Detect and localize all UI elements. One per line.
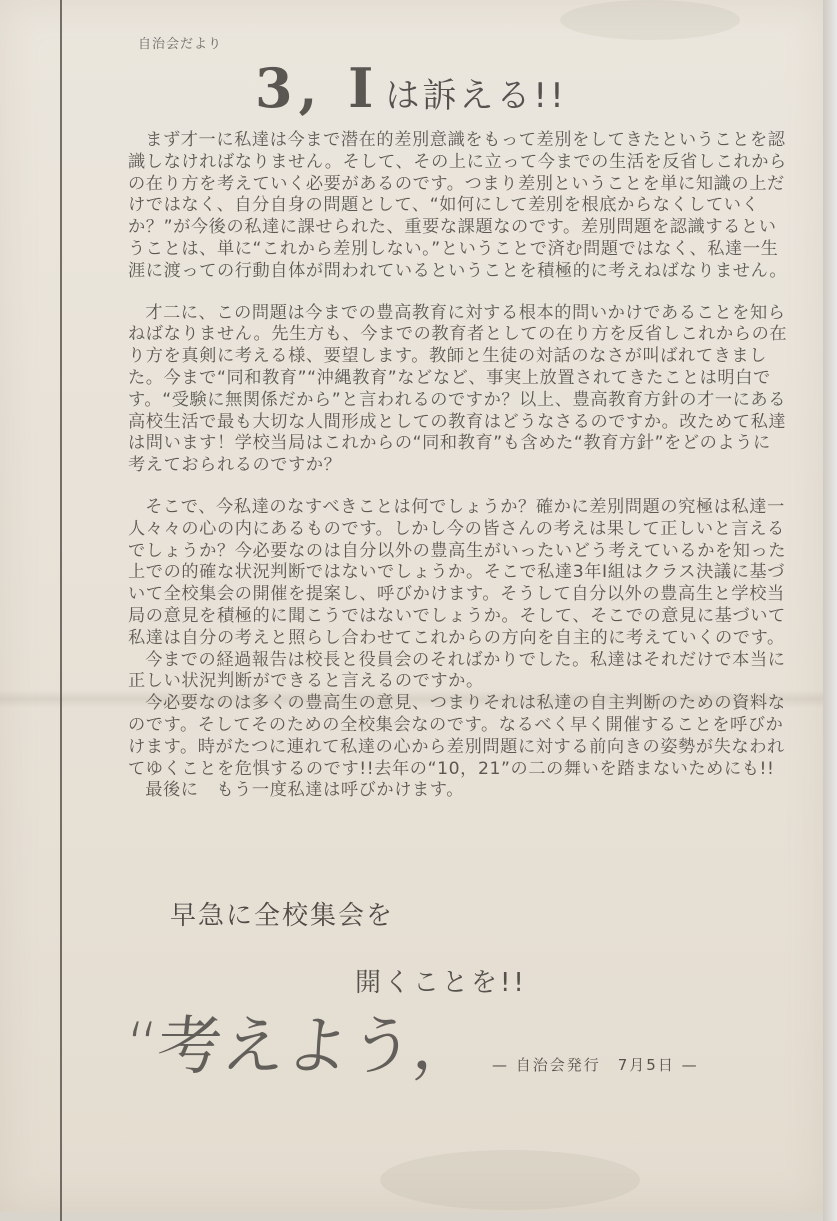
paragraph-second-point: 才二に、この問題は今までの豊高教育に対する根本的問いかけであることを知らねばなり…	[128, 303, 788, 477]
newsletter-masthead: 自治会だより	[138, 33, 222, 52]
slogan-hold: 開くことを!!	[355, 962, 527, 999]
paper-stain	[560, 0, 740, 40]
publisher-date-credit: — 自治会発行 7月5日 —	[492, 1054, 699, 1075]
slogan-assembly: 早急に全校集会を	[170, 895, 394, 932]
headline: 3, I は訴える!!	[255, 56, 567, 120]
headline-text: は訴える!!	[385, 68, 566, 117]
background-surface	[823, 0, 837, 1221]
paragraph-first-point: まず才一に私達は今まで潜在的差別意識をもって差別をしてきたということを認識しなけ…	[128, 130, 788, 283]
paragraph-assembly-need: 今必要なのは多くの豊高生の意見、つまりそれは私達の自主判断のための資料なのです。…	[128, 693, 788, 780]
paragraph-closing: 最後に もう一度私達は呼びかけます。	[128, 780, 788, 802]
paragraph-call-to-action: そこで、今私達のなすべきことは何でしょうか？確かに差別問題の究極は私達一人々々の…	[128, 497, 788, 650]
paper-stain	[380, 1150, 640, 1210]
paragraph-report-critique: 今までの経過報告は校長と役員会のそればかりでした。私達はそれだけで本当に正しい状…	[128, 650, 788, 694]
slogan-think: “考えよう，	[120, 995, 483, 1087]
newsletter-page: 自治会だより 3, I は訴える!! まず才一に私達は今まで潜在的差別意識をもっ…	[0, 0, 826, 1212]
article-body: まず才一に私達は今まで潜在的差別意識をもって差別をしてきたということを認識しなけ…	[128, 130, 788, 802]
left-margin-rule	[60, 0, 62, 1221]
headline-class-number: 3, I	[255, 56, 379, 120]
